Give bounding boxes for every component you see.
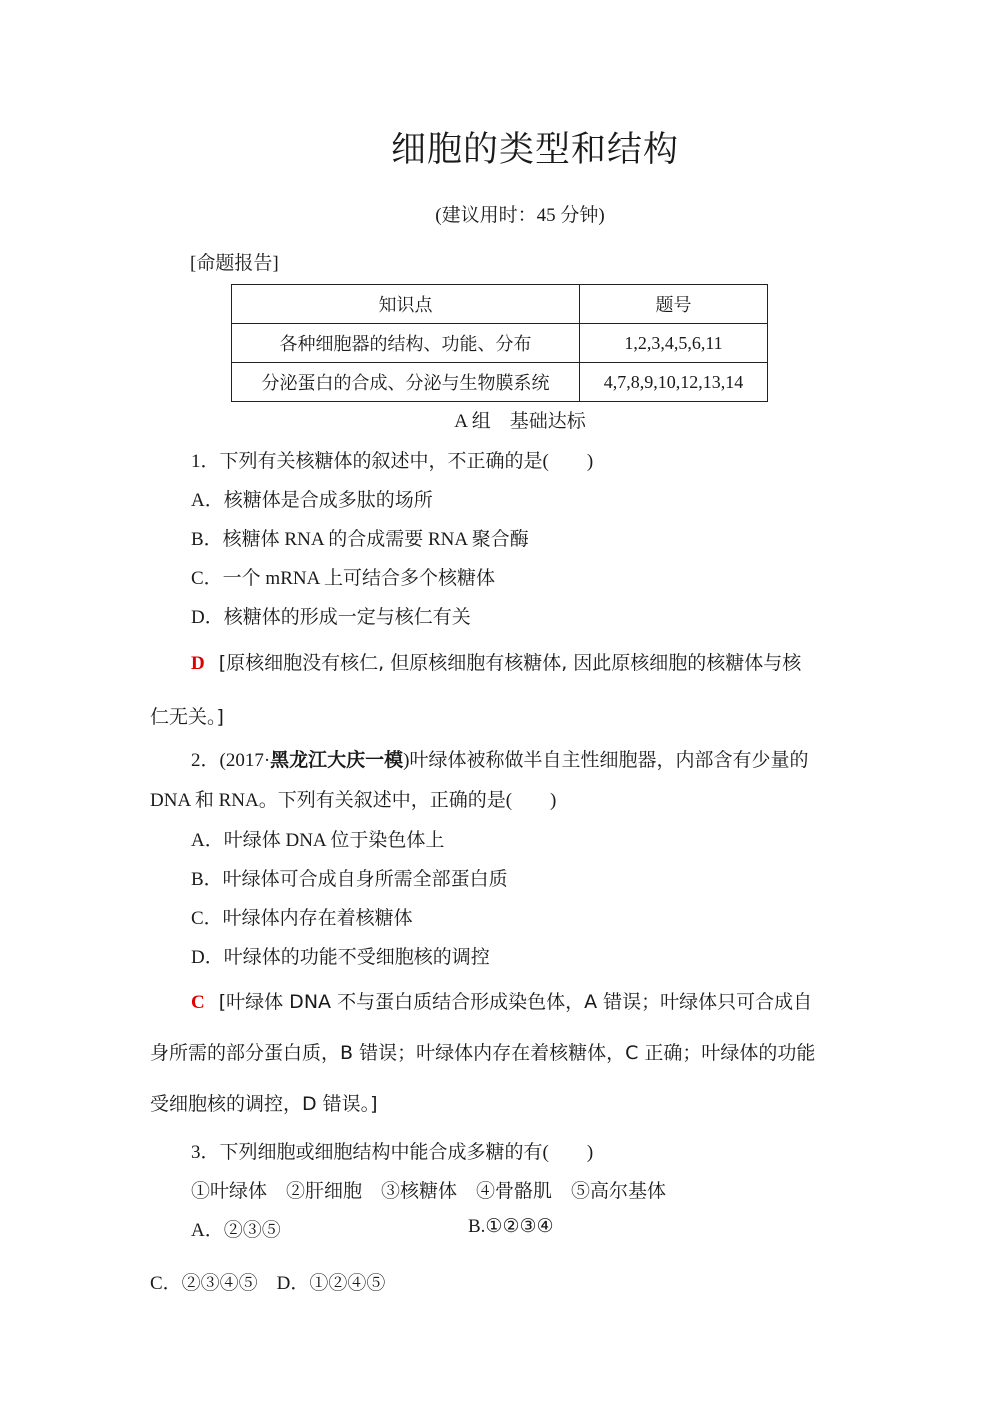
q1-option-d: D．核糖体的形成一定与核仁有关 bbox=[191, 602, 471, 629]
answer-letter: D bbox=[191, 653, 205, 674]
q1-answer: D[原核细胞没有核仁, 但原核细胞有核糖体, 因此原核细胞的核糖体与核 bbox=[191, 648, 801, 675]
answer-text: [原核细胞没有核仁, 但原核细胞有核糖体, 因此原核细胞的核糖体与核 bbox=[219, 652, 802, 674]
group-title: A 组 基础达标 bbox=[0, 406, 1000, 433]
header-question-no: 题号 bbox=[580, 285, 768, 324]
time-hint: (建议用时：45 分钟) bbox=[0, 200, 1000, 227]
q3-stem: 3．下列细胞或细胞结构中能合成多糖的有( ) bbox=[191, 1137, 593, 1164]
q2-option-b: B．叶绿体可合成自身所需全部蛋白质 bbox=[191, 864, 508, 891]
q2-option-a: A．叶绿体 DNA 位于染色体上 bbox=[191, 825, 444, 852]
q2-answer-line3: 受细胞核的调控，D 错误。] bbox=[150, 1089, 378, 1116]
table-header-row: 知识点 题号 bbox=[232, 285, 768, 324]
cell-numbers: 1,2,3,4,5,6,11 bbox=[580, 324, 768, 363]
q2-option-c: C．叶绿体内存在着核糖体 bbox=[191, 903, 413, 930]
q2-answer-line2: 身所需的部分蛋白质，B 错误；叶绿体内存在着核糖体，C 正确；叶绿体的功能 bbox=[150, 1038, 815, 1065]
page-title: 细胞的类型和结构 bbox=[0, 122, 1000, 172]
q3-option-b: B.①②③④ bbox=[468, 1215, 554, 1238]
q2-rest: )叶绿体被称做半自主性细胞器，内部含有少量的 bbox=[403, 750, 808, 771]
cell-numbers: 4,7,8,9,10,12,13,14 bbox=[580, 363, 768, 402]
cell-knowledge: 分泌蛋白的合成、分泌与生物膜系统 bbox=[232, 363, 580, 402]
q2-answer: C[叶绿体 DNA 不与蛋白质结合形成染色体，A 错误；叶绿体只可合成自 bbox=[191, 987, 812, 1014]
table-row: 各种细胞器的结构、功能、分布 1,2,3,4,5,6,11 bbox=[232, 324, 768, 363]
answer-text: [叶绿体 DNA 不与蛋白质结合形成染色体，A 错误；叶绿体只可合成自 bbox=[219, 991, 812, 1013]
q1-option-b: B．核糖体 RNA 的合成需要 RNA 聚合酶 bbox=[191, 524, 529, 551]
q2-option-d: D．叶绿体的功能不受细胞核的调控 bbox=[191, 942, 490, 969]
table-row: 分泌蛋白的合成、分泌与生物膜系统 4,7,8,9,10,12,13,14 bbox=[232, 363, 768, 402]
q3-option-cd: C．②③④⑤ D．①②④⑤ bbox=[150, 1268, 385, 1295]
answer-letter: C bbox=[191, 992, 205, 1013]
q2-stem: 2．(2017·黑龙江大庆一模)叶绿体被称做半自主性细胞器，内部含有少量的 bbox=[191, 745, 809, 772]
header-knowledge: 知识点 bbox=[232, 285, 580, 324]
q1-option-c: C．一个 mRNA 上可结合多个核糖体 bbox=[191, 563, 495, 590]
q3-option-a: A．②③⑤ bbox=[191, 1215, 281, 1242]
q2-source: 黑龙江大庆一模 bbox=[270, 749, 403, 771]
q3-items: ①叶绿体 ②肝细胞 ③核糖体 ④骨骼肌 ⑤高尔基体 bbox=[191, 1176, 666, 1203]
q2-prefix: 2．(2017· bbox=[191, 750, 270, 771]
report-label: [命题报告] bbox=[190, 248, 279, 275]
q1-option-a: A．核糖体是合成多肽的场所 bbox=[191, 485, 433, 512]
report-table: 知识点 题号 各种细胞器的结构、功能、分布 1,2,3,4,5,6,11 分泌蛋… bbox=[231, 284, 768, 402]
q1-answer-cont: 仁无关。] bbox=[150, 702, 224, 729]
q1-stem: 1．下列有关核糖体的叙述中，不正确的是( ) bbox=[191, 446, 593, 473]
q2-stem-line2: DNA 和 RNA。下列有关叙述中，正确的是( ) bbox=[150, 785, 556, 812]
cell-knowledge: 各种细胞器的结构、功能、分布 bbox=[232, 324, 580, 363]
